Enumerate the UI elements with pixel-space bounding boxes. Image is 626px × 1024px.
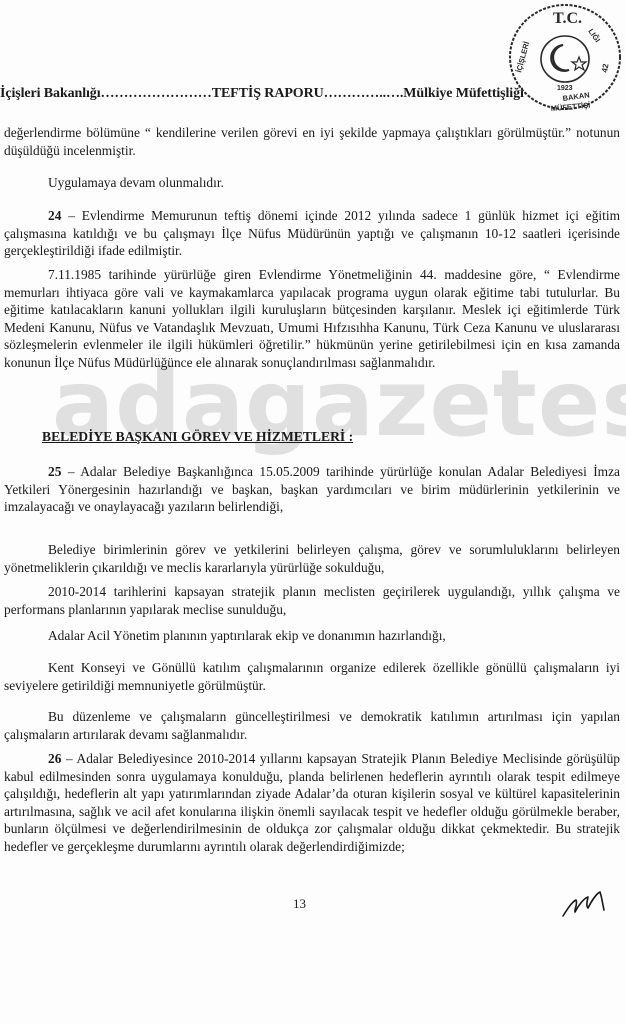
official-seal-stamp-icon: T.C. 1923 42 İÇİŞLERİ BAKAN MÜFETTİŞİ LI… bbox=[503, 3, 623, 115]
svg-text:İÇİŞLERİ: İÇİŞLERİ bbox=[514, 41, 531, 74]
item-number: 24 bbox=[48, 208, 61, 223]
paragraph: Adalar Acil Yönetim planının yaptırılara… bbox=[4, 627, 620, 645]
document-page: adagazetesi İçişleri Bakanlığı……………………TE… bbox=[0, 0, 626, 1024]
paragraph: Kent Konseyi ve Gönüllü katılım çalışmal… bbox=[4, 659, 620, 694]
header-dots: …………………… bbox=[101, 86, 212, 101]
svg-text:1923: 1923 bbox=[557, 85, 573, 92]
paragraph: 2010-2014 tarihlerini kapsayan stratejik… bbox=[4, 583, 620, 618]
svg-text:MÜFETTİŞİ: MÜFETTİŞİ bbox=[550, 101, 590, 113]
item-text: – Adalar Belediye Başkanlığınca 15.05.20… bbox=[4, 464, 620, 514]
paragraph-item-26: 26 – Adalar Belediyesince 2010-2014 yıll… bbox=[4, 750, 620, 856]
item-text: – Evlendirme Memurunun teftiş dönemi içi… bbox=[4, 208, 620, 258]
header-title: TEFTİŞ RAPORU bbox=[212, 86, 324, 101]
paragraph-item-24: 24 – Evlendirme Memurunun teftiş dönemi … bbox=[4, 207, 620, 260]
svg-text:LIĞI: LIĞI bbox=[586, 27, 602, 44]
header-dots: …………..…. bbox=[324, 86, 404, 101]
item-number: 26 bbox=[48, 751, 61, 766]
paragraph: 7.11.1985 tarihinde yürürlüğe giren Evle… bbox=[4, 266, 620, 372]
paragraph-item-25: 25 – Adalar Belediye Başkanlığınca 15.05… bbox=[4, 463, 620, 516]
paragraph: değerlendirme bölümüne “ kendilerine ver… bbox=[4, 124, 620, 159]
svg-text:42: 42 bbox=[600, 62, 611, 73]
paragraph: Bu düzenleme ve çalışmaların güncelleşti… bbox=[4, 708, 620, 743]
header-ministry: İçişleri Bakanlığı bbox=[0, 86, 101, 101]
page-number: 13 bbox=[293, 896, 306, 912]
report-header: İçişleri Bakanlığı……………………TEFTİŞ RAPORU…… bbox=[0, 86, 520, 102]
section-title: BELEDİYE BAŞKANI GÖREV VE HİZMETLERİ : bbox=[42, 429, 353, 445]
item-number: 25 bbox=[48, 464, 61, 479]
paragraph: Uygulamaya devam olunmalıdır. bbox=[4, 174, 620, 192]
signature-icon bbox=[560, 888, 606, 920]
item-text: – Adalar Belediyesince 2010-2014 yılları… bbox=[4, 751, 620, 854]
paragraph: Belediye birimlerinin görev ve yetkileri… bbox=[4, 541, 620, 576]
svg-text:T.C.: T.C. bbox=[553, 10, 582, 27]
